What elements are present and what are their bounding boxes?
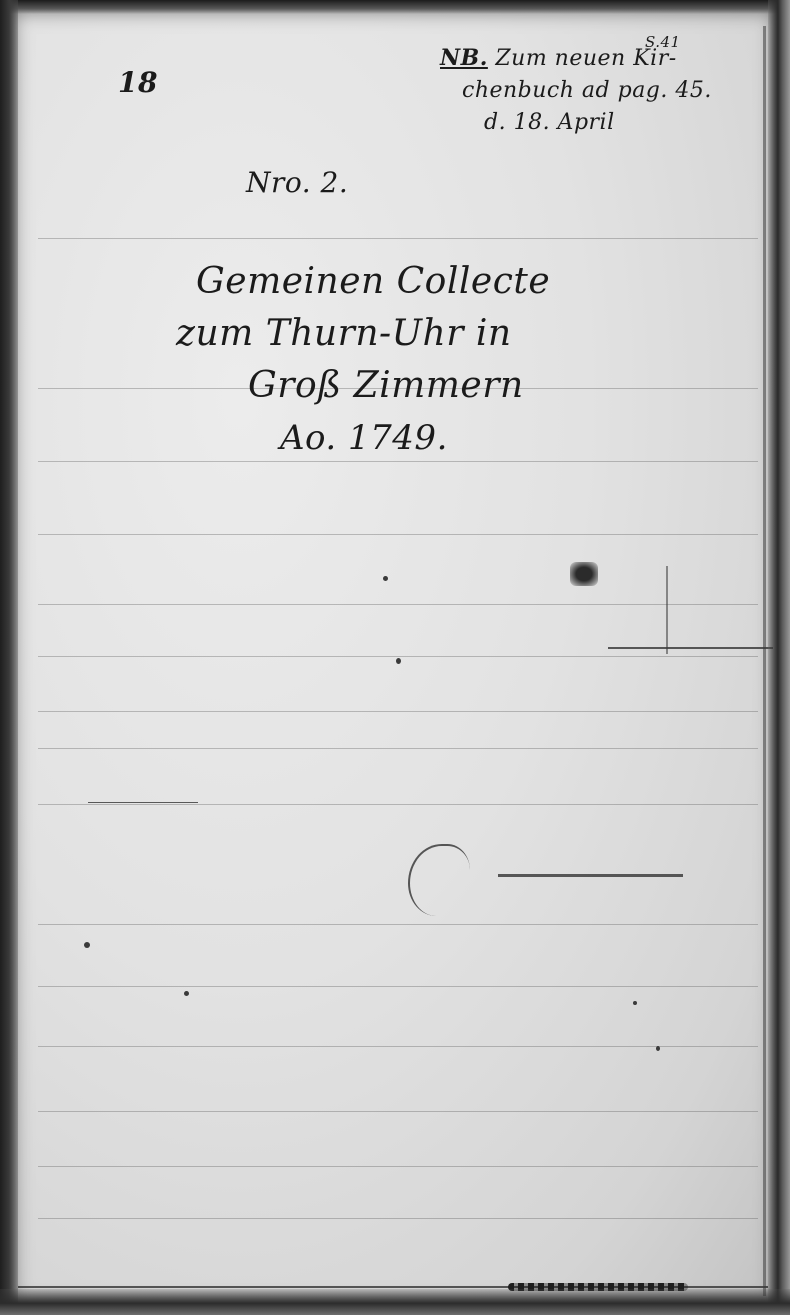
margin-note-line-2: chenbuch ad pag. 45. xyxy=(440,75,712,107)
ink-spot xyxy=(84,942,90,948)
ruled-line xyxy=(38,656,758,657)
ruled-line xyxy=(38,238,758,239)
ink-spot xyxy=(184,991,189,996)
ruled-line xyxy=(38,1046,758,1047)
page-edge-line xyxy=(763,26,766,1296)
scan-edge-top xyxy=(0,0,790,14)
fold-line xyxy=(666,566,668,654)
manuscript-page: 18 S.41 NB. Zum neuen Kir- chenbuch ad p… xyxy=(8,6,780,1308)
ink-spot xyxy=(396,658,401,664)
ruled-line xyxy=(38,1166,758,1167)
ink-line xyxy=(608,647,773,649)
ink-spot xyxy=(633,1001,637,1005)
ruled-line xyxy=(38,804,758,805)
ruled-line xyxy=(38,924,758,925)
folio-number: 18 xyxy=(118,66,158,99)
margin-note: S.41 NB. Zum neuen Kir- chenbuch ad pag.… xyxy=(440,42,712,139)
nota-bene-marker: NB. xyxy=(440,45,488,71)
ink-stain xyxy=(570,562,598,586)
title-line-1: Gemeinen Collecte xyxy=(176,256,550,308)
ink-spot xyxy=(383,576,388,581)
ink-line xyxy=(498,874,683,877)
ruled-line xyxy=(38,604,758,605)
document-title: Gemeinen Collecte zum Thurn-Uhr in Groß … xyxy=(176,256,550,464)
ink-spot xyxy=(656,1046,660,1051)
ruled-line xyxy=(38,1218,758,1219)
item-number: Nro. 2. xyxy=(246,166,348,199)
ruled-line xyxy=(38,986,758,987)
margin-note-line-3: d. 18. April xyxy=(440,107,712,139)
margin-note-reference: S.41 xyxy=(645,26,681,58)
scan-edge-left xyxy=(0,0,18,1315)
scanned-page-background: 18 S.41 NB. Zum neuen Kir- chenbuch ad p… xyxy=(0,0,790,1315)
scan-edge-bottom xyxy=(0,1289,790,1315)
title-line-2: zum Thurn-Uhr in xyxy=(176,308,550,360)
scan-edge-right xyxy=(768,0,790,1315)
title-line-4-year: Ao. 1749. xyxy=(176,412,550,464)
ink-line xyxy=(88,802,198,803)
ruled-line xyxy=(38,1111,758,1112)
ruled-line xyxy=(38,748,758,749)
ink-curl-mark xyxy=(408,844,470,916)
title-line-3: Groß Zimmern xyxy=(176,360,550,412)
ruled-line xyxy=(38,534,758,535)
ruled-line xyxy=(38,711,758,712)
